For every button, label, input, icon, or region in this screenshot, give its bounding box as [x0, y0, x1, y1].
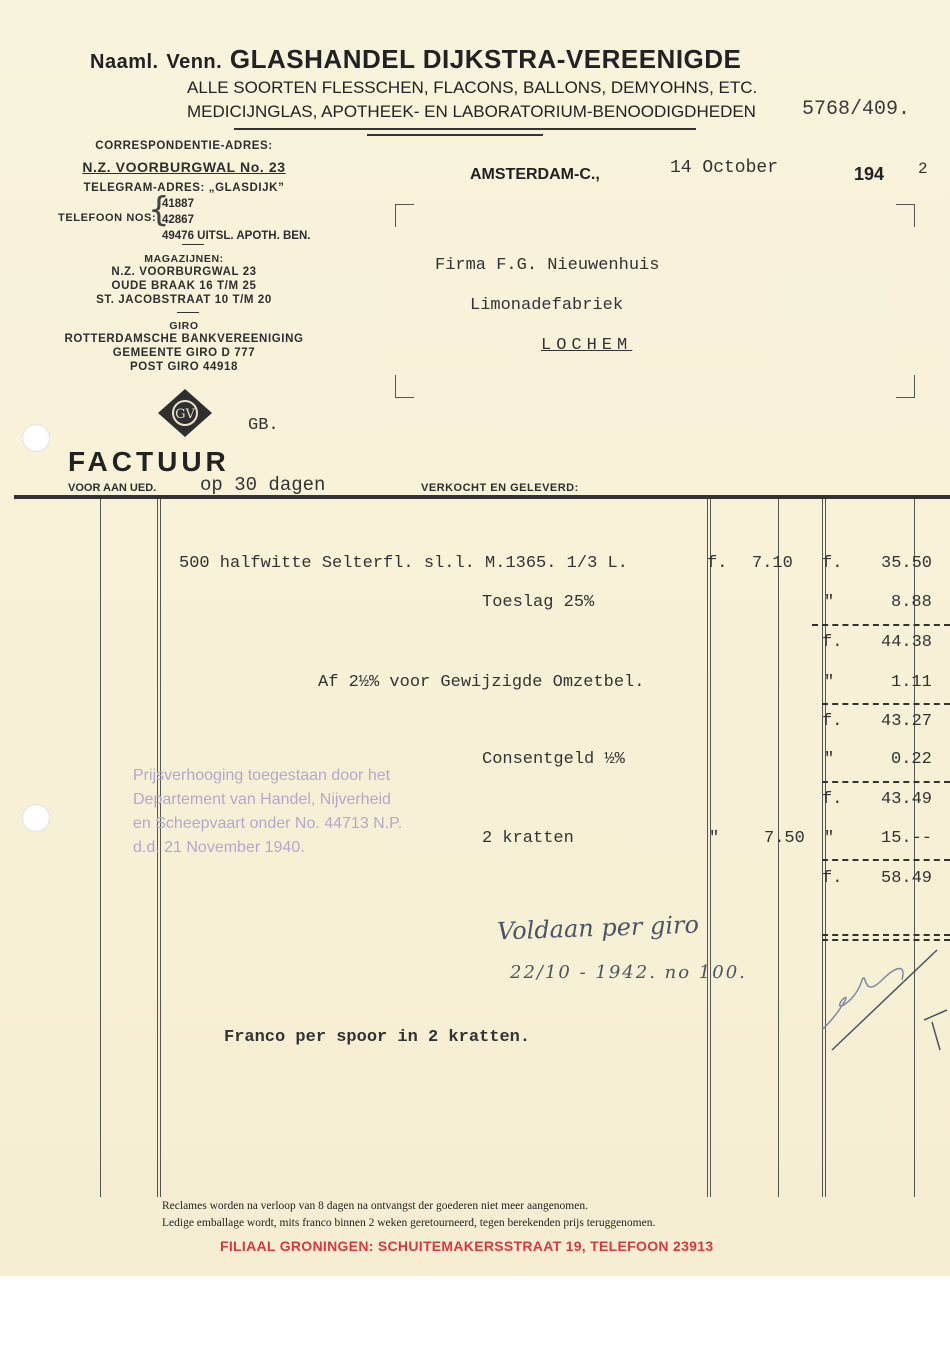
- warehouse-address: ST. JACOBSTRAAT 10 T/M 20: [34, 294, 334, 306]
- amount-prefix: ": [824, 593, 834, 612]
- invoice-year-prefix: 194: [854, 164, 884, 185]
- invoice-city: AMSTERDAM-C.,: [470, 166, 600, 184]
- column-line: [100, 499, 101, 1197]
- line-item: 500 halfwitte Selterfl. sl.l. M.1365. 1/…: [179, 554, 628, 573]
- header-rule: [234, 128, 696, 130]
- initials: GB.: [248, 416, 279, 435]
- address-corner: [896, 204, 915, 227]
- subtotal-rule: [812, 624, 950, 626]
- amount: 15.--: [881, 829, 932, 848]
- invoice-year-suffix: 2: [918, 160, 928, 178]
- checkmark-signature-icon: [812, 940, 950, 1060]
- punch-hole: [22, 424, 50, 452]
- amount-prefix: f.: [822, 554, 842, 573]
- item-description: 500 halfwitte Selterfl. sl.l. M.1365. 1/…: [179, 554, 628, 573]
- column-line: [710, 499, 711, 1197]
- divider: [177, 312, 199, 313]
- item-description: 2 kratten: [482, 829, 574, 848]
- unit-price-prefix: ": [709, 829, 719, 848]
- item-description: Toeslag 25%: [482, 593, 594, 612]
- packaging-note: Ledige emballage wordt, mits franco binn…: [162, 1217, 655, 1229]
- subtotal: 43.49: [881, 790, 932, 809]
- amount: 1.11: [891, 673, 932, 692]
- stamp-line: Prijsverhooging toegestaan door het: [133, 764, 402, 788]
- column-line: [822, 499, 823, 1197]
- company-prefix-1: Naaml.: [90, 51, 159, 73]
- reference-number: 5768/409.: [802, 98, 910, 121]
- column-line: [707, 499, 708, 1197]
- subtotal-prefix: f.: [822, 712, 842, 731]
- address-corner: [395, 204, 414, 227]
- subtotal-rule: [822, 781, 950, 783]
- warehouse-address: N.Z. VOORBURGWAL 23: [34, 266, 334, 278]
- recipient-business: Limonadefabriek: [470, 296, 623, 315]
- recipient-name: Firma F.G. Nieuwenhuis: [435, 256, 659, 275]
- phone-label: TELEFOON NOS:: [58, 212, 156, 224]
- item-description: Consentgeld ½%: [482, 750, 625, 769]
- subtotal-rule: [822, 703, 950, 705]
- stamp-line: d.d. 21 November 1940.: [133, 836, 402, 860]
- address-corner: [896, 375, 915, 398]
- post-giro-number: POST GIRO 44918: [34, 361, 334, 373]
- paid-date-annotation: 22/10 - 1942. no 100.: [510, 962, 747, 983]
- subtotal: 43.27: [881, 712, 932, 731]
- unit-price-prefix: f.: [707, 554, 727, 573]
- company-prefix-2: Venn.: [166, 51, 222, 73]
- phone-number: 42867: [162, 212, 310, 228]
- warehouse-address: OUDE BRAAK 16 T/M 25: [34, 280, 334, 292]
- claims-note: Reclames worden na verloop van 8 dagen n…: [162, 1200, 588, 1212]
- phone-number: 49476 UITSL. APOTH. BEN.: [162, 228, 310, 244]
- company-title: GLASHANDEL DIJKSTRA-VEREENIGDE: [230, 44, 741, 74]
- stamp-line: en Scheepvaart onder No. 44713 N.P.: [133, 812, 402, 836]
- phone-list: 41887 42867 49476 UITSL. APOTH. BEN.: [162, 196, 310, 244]
- divider: [182, 244, 204, 245]
- invoice-date: 14 October: [670, 158, 778, 178]
- amount: 0.22: [891, 750, 932, 769]
- payment-terms: op 30 dagen: [200, 474, 325, 496]
- branch-address: FILIAAL GRONINGEN: SCHUITEMAKERSSTRAAT 1…: [220, 1238, 713, 1254]
- giro-label: GIRO: [34, 320, 334, 332]
- subtotal-rule: [822, 859, 950, 861]
- stamp-line: Departement van Handel, Nijverheid: [133, 788, 402, 812]
- amount: 35.50: [881, 554, 932, 573]
- subtotal-prefix: f.: [822, 633, 842, 652]
- phone-number: 41887: [162, 196, 310, 212]
- correspondence-address: N.Z. VOORBURGWAL No. 23: [34, 159, 334, 175]
- giro-number: GEMEENTE GIRO D 777: [34, 347, 334, 359]
- telegram-address: TELEGRAM-ADRES: „GLASDIJK”: [34, 182, 334, 194]
- unit-price: 7.10: [752, 554, 793, 573]
- punch-hole: [22, 804, 50, 832]
- sold-delivered-label: VERKOCHT EN GELEVERD:: [421, 482, 579, 494]
- total-prefix: f.: [822, 869, 842, 888]
- address-corner: [395, 375, 414, 398]
- correspondence-label: CORRESPONDENTIE-ADRES:: [34, 140, 334, 152]
- paid-annotation: Voldaan per giro: [497, 910, 700, 945]
- invoice-paper: Naaml. Venn. GLASHANDEL DIJKSTRA-VEREENI…: [0, 0, 950, 1276]
- table-top-rule: [14, 495, 950, 499]
- price-increase-stamp: Prijsverhooging toegestaan door het Depa…: [133, 764, 402, 860]
- amount-prefix: ": [824, 829, 834, 848]
- subtotal: 44.38: [881, 633, 932, 652]
- svg-text:GV: GV: [175, 407, 195, 422]
- amount: 8.88: [891, 593, 932, 612]
- warehouses-label: MAGAZIJNEN:: [34, 253, 334, 265]
- bank-name: ROTTERDAMSCHE BANKVEREENIGING: [34, 333, 334, 345]
- for-label: VOOR AAN UED.: [68, 482, 156, 494]
- amount-prefix: ": [824, 673, 834, 692]
- total-amount: 58.49: [881, 869, 932, 888]
- column-line: [778, 499, 779, 1197]
- header-rule-short: [367, 134, 543, 136]
- company-logo-icon: GV: [154, 388, 216, 438]
- company-products-line: ALLE SOORTEN FLESSCHEN, FLACONS, BALLONS…: [187, 78, 757, 98]
- subtotal-prefix: f.: [822, 790, 842, 809]
- amount-prefix: ": [824, 750, 834, 769]
- recipient-city: LOCHEM: [541, 336, 632, 355]
- shipping-note: Franco per spoor in 2 kratten.: [224, 1028, 530, 1047]
- unit-price: 7.50: [764, 829, 805, 848]
- company-products-line-2: MEDICIJNGLAS, APOTHEEK- EN LABORATORIUM-…: [187, 102, 756, 122]
- item-description: Af 2½% voor Gewijzigde Omzetbel.: [318, 673, 644, 692]
- company-name: Naaml. Venn. GLASHANDEL DIJKSTRA-VEREENI…: [90, 44, 741, 75]
